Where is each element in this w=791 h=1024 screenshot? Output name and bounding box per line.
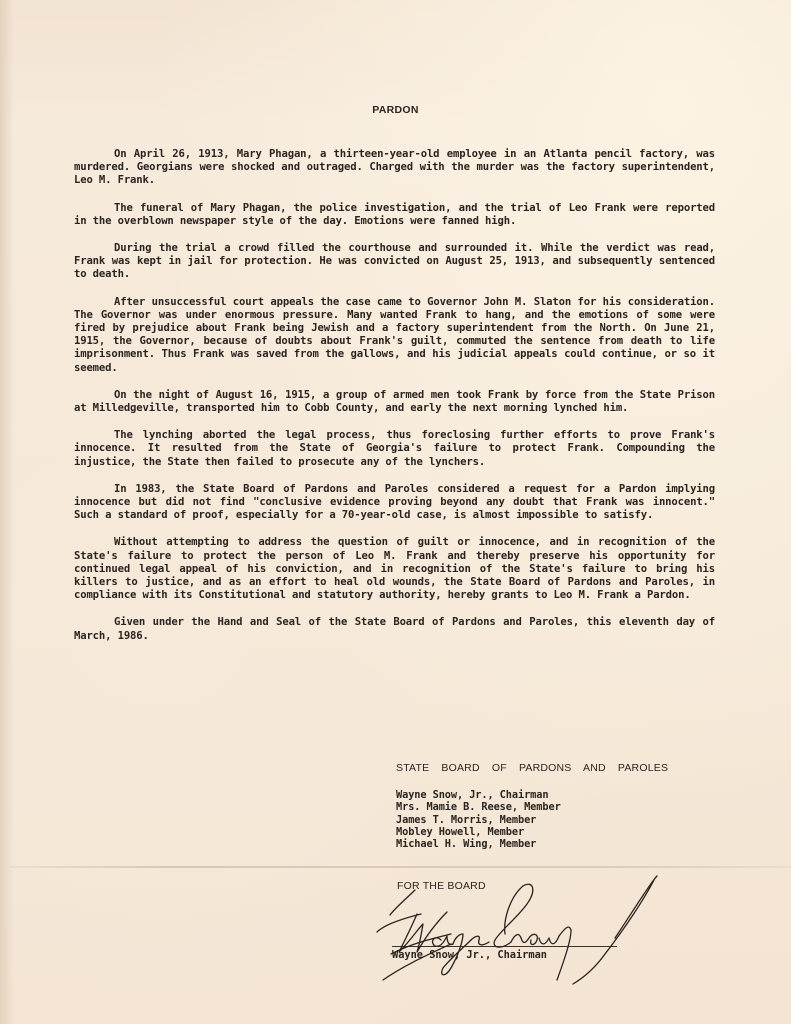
board-heading: STATE BOARD OF PARDONS AND PAROLES — [396, 762, 668, 774]
paragraph-lynching: On the night of August 16, 1915, a group… — [74, 389, 715, 415]
paragraph-legal-process: The lynching aborted the legal process, … — [74, 429, 715, 469]
document-page: PARDON On April 26, 1913, Mary Phagan, a… — [0, 0, 791, 1024]
document-body: On April 26, 1913, Mary Phagan, a thirte… — [74, 148, 715, 657]
handwritten-signature — [355, 868, 665, 988]
paragraph-murder: On April 26, 1913, Mary Phagan, a thirte… — [74, 148, 715, 188]
board-member: Wayne Snow, Jr., Chairman — [396, 789, 668, 801]
paragraph-pardon-grant: Without attempting to address the questi… — [74, 536, 715, 602]
paragraph-trial: During the trial a crowd filled the cour… — [74, 242, 715, 282]
paragraph-1983-request: In 1983, the State Board of Pardons and … — [74, 483, 715, 523]
board-member: Mobley Howell, Member — [396, 826, 668, 838]
paragraph-commutation: After unsuccessful court appeals the cas… — [74, 296, 715, 375]
board-block: STATE BOARD OF PARDONS AND PAROLES Wayne… — [396, 762, 668, 850]
document-title: PARDON — [0, 104, 791, 116]
paragraph-funeral: The funeral of Mary Phagan, the police i… — [74, 202, 715, 228]
board-member: Michael H. Wing, Member — [396, 838, 668, 850]
board-member: Mrs. Mamie B. Reese, Member — [396, 801, 668, 813]
paragraph-given-under-seal: Given under the Hand and Seal of the Sta… — [74, 616, 715, 642]
board-member: James T. Morris, Member — [396, 814, 668, 826]
